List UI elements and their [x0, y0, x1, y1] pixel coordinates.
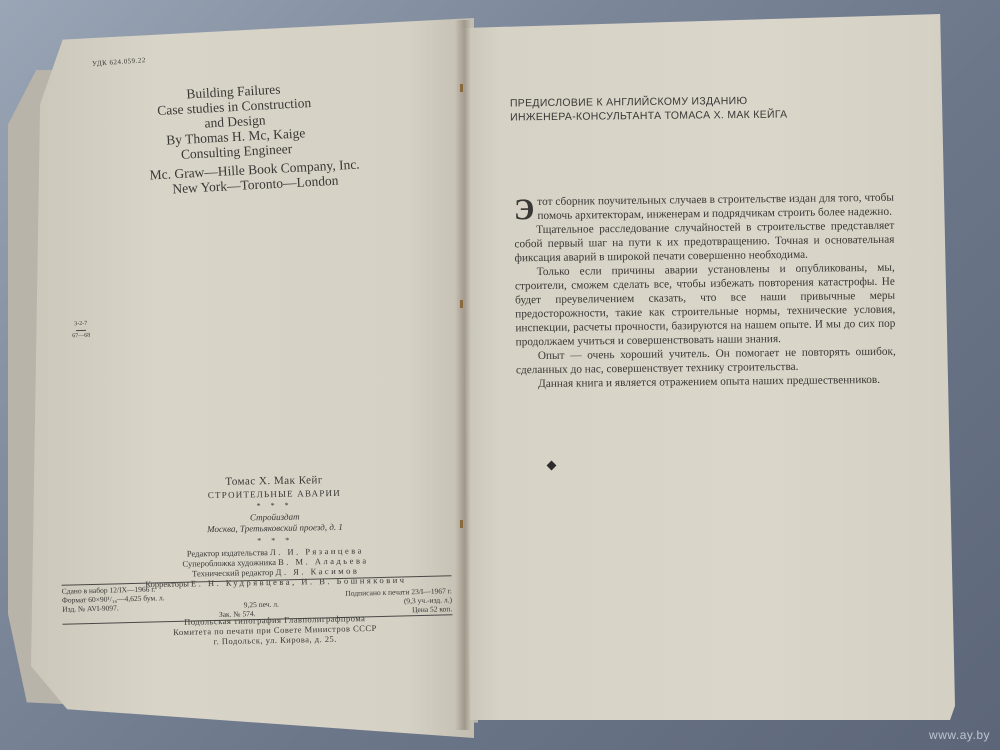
bbk-top: 3-2-7 [72, 320, 90, 330]
print-sheets: 9,25 печ. л. [244, 599, 280, 609]
preface-title-line: ИНЖЕНЕРА-КОНСУЛЬТАНТА ТОМАСА Х. МАК КЕЙГ… [510, 108, 788, 125]
preface-body: Этот сборник поучительных случаев в стро… [514, 191, 896, 392]
russian-imprint-block: Томас Х. Мак Кейг СТРОИТЕЛЬНЫЕ АВАРИИ * … [109, 472, 441, 590]
bbk-bottom: 67—68 [72, 332, 90, 342]
book-spine [455, 20, 471, 730]
photo-scene: УДК 624.059.22 Building Failures Case st… [0, 0, 1000, 750]
bbk-index: 3-2-7 67—68 [72, 320, 91, 342]
drop-cap: Э [514, 197, 535, 223]
staple [460, 300, 463, 308]
original-title-block: Building Failures Case studies in Constr… [118, 78, 352, 165]
staple [460, 84, 463, 92]
preface-title: ПРЕДИСЛОВИЕ К АНГЛИЙСКОМУ ИЗДАНИЮ ИНЖЕНЕ… [510, 94, 788, 125]
paragraph: Тщательное расследование случайностей в … [514, 219, 894, 266]
watermark: www.ay.by [929, 728, 990, 742]
staple [460, 520, 463, 528]
edition-number: Изд. № AVI-9097. [62, 603, 119, 613]
paragraph: Только если причины аварии установлены и… [515, 261, 896, 350]
paragraph-text: тот сборник поучительных случаев в строи… [537, 192, 894, 222]
